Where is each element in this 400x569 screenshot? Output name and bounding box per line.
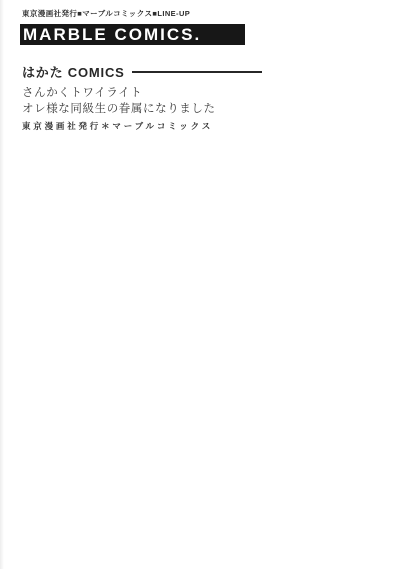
publisher-imprint: 東京漫画社発行＊マーブルコミックス bbox=[22, 120, 213, 132]
lineup-title-2: オレ様な同級生の眷属になりました bbox=[22, 100, 216, 116]
comic-lineup-page: 東京漫画社発行■マーブルコミックス■LINE-UP MARBLE COMICS.… bbox=[0, 0, 400, 569]
lineup-title-1: さんかくトワイライト bbox=[22, 84, 142, 100]
label-heading: はかた COMICS bbox=[22, 62, 125, 81]
marble-comics-logo-bar: MARBLE COMICS. bbox=[20, 24, 245, 45]
publisher-lineup-caption: 東京漫画社発行■マーブルコミックス■LINE-UP bbox=[22, 8, 190, 19]
label-heading-row: はかた COMICS bbox=[22, 62, 262, 81]
scan-edge-shading bbox=[0, 0, 4, 569]
heading-rule-line bbox=[132, 71, 262, 73]
marble-comics-logo-text: MARBLE COMICS. bbox=[23, 24, 201, 45]
